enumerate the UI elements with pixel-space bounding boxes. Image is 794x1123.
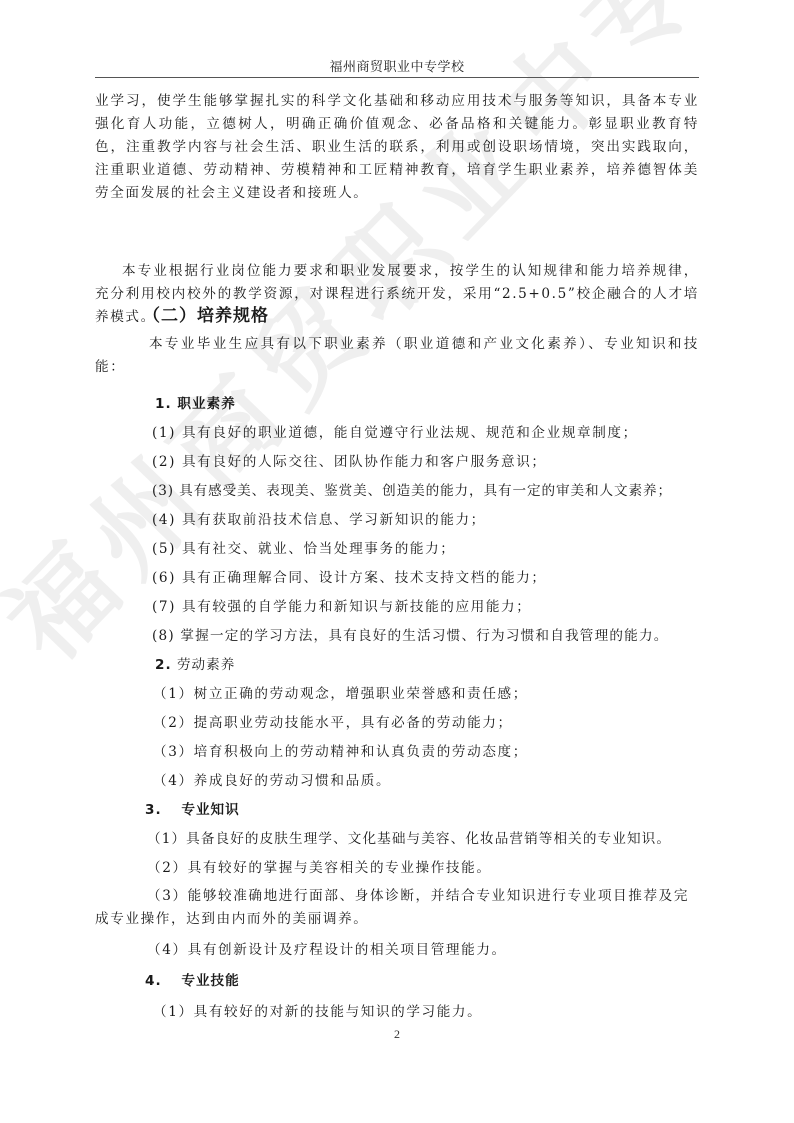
list-item: (4) 具有获取前沿技术信息、学习新知识的能力； — [152, 508, 486, 528]
list-item: （2）提高职业劳动技能水平，具有必备的劳动能力； — [153, 711, 513, 731]
list-item: （1）具备良好的皮肤生理学、文化基础与美容、化妆品营销等相关的专业知识。 — [147, 827, 671, 847]
list-item: (8) 掌握一定的学习方法，具有良好的生活习惯、行为习惯和自我管理的能力。 — [152, 624, 669, 644]
list-item: （3）培育积极向上的劳动精神和认真负责的劳动态度； — [153, 740, 528, 760]
page-number: 2 — [0, 1027, 794, 1042]
header-divider — [95, 77, 699, 78]
subsection-title: 专业技能 — [181, 973, 239, 989]
list-item: (5) 具有社交、就业、恰当处理事务的能力； — [152, 537, 455, 557]
subsection-heading-1: 1. 职业素养 — [155, 392, 236, 412]
subsection-title: 劳动素养 — [177, 657, 235, 673]
subsection-number: 2. — [155, 657, 172, 673]
list-item: （3）能够较准确地进行面部、身体诊断，并结合专业知识进行专业项目推荐及完成专业操… — [95, 885, 699, 931]
section-intro: 本专业毕业生应具有以下职业素养（职业道德和产业文化素养）、专业知识和技能： — [95, 333, 699, 379]
list-item: (3) 具有感受美、表现美、鉴赏美、创造美的能力，具有一定的审美和人文素养； — [152, 479, 672, 499]
section-title: （二）培养规格 — [143, 301, 269, 326]
subsection-heading-3: 3. 专业知识 — [145, 798, 240, 818]
subsection-number: 1. — [155, 396, 172, 412]
list-item: (2) 具有良好的人际交往、团队协作能力和客户服务意识； — [152, 450, 547, 470]
list-item: （1）树立正确的劳动观念，增强职业荣誉感和责任感； — [153, 682, 528, 702]
list-item: （4）养成良好的劳动习惯和品质。 — [153, 769, 391, 789]
intro-paragraph-1: 业学习，使学生能够掌握扎实的科学文化基础和移动应用技术与服务等知识，具备本专业强… — [95, 90, 699, 205]
subsection-title: 职业素养 — [177, 396, 235, 412]
list-item: (1) 具有良好的职业道德，能自觉遵守行业法规、规范和企业规章制度； — [152, 421, 638, 441]
page-header: 福州商贸职业中专学校 — [95, 56, 699, 75]
subsection-title: 专业知识 — [181, 802, 239, 818]
list-item: (7) 具有较强的自学能力和新知识与新技能的应用能力； — [152, 595, 531, 615]
list-item: （1）具有较好的对新的技能与知识的学习能力。 — [153, 1000, 482, 1020]
subsection-heading-2: 2. 劳动素养 — [155, 653, 235, 673]
subsection-number: 3. — [145, 802, 162, 818]
subsection-heading-4: 4. 专业技能 — [145, 969, 240, 989]
list-item: （2）具有较好的掌握与美容相关的专业操作技能。 — [147, 856, 492, 876]
list-item: （4）具有创新设计及疗程设计的相关项目管理能力。 — [147, 938, 507, 958]
list-item: (6) 具有正确理解合同、设计方案、技术支持文档的能力； — [152, 566, 547, 586]
subsection-number: 4. — [145, 973, 162, 989]
